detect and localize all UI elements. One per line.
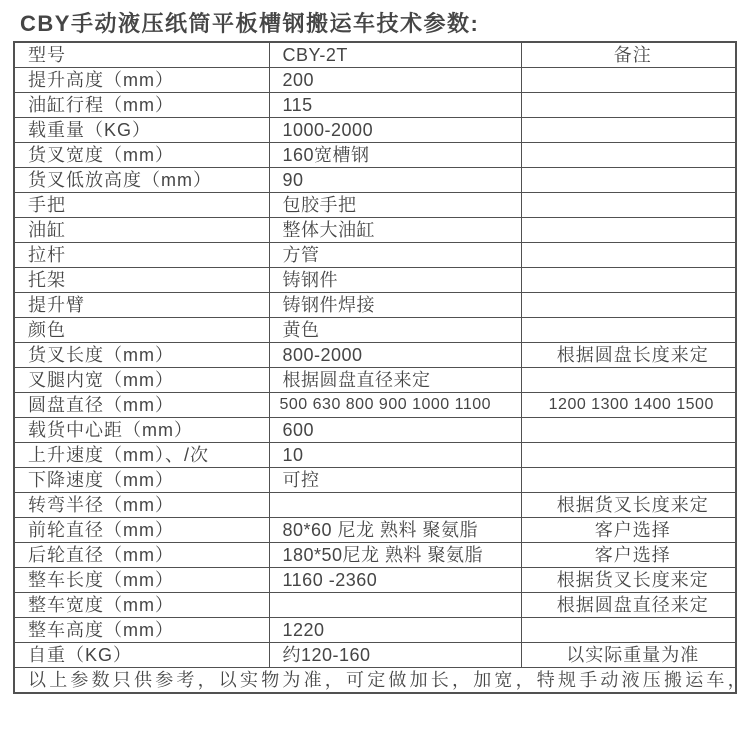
spec-table: 型号 CBY-2T 备注 提升高度（mm）200油缸行程（mm）115载重量（K… (13, 41, 737, 694)
cell-value: 整体大油缸 (269, 218, 521, 243)
cell-note (521, 368, 736, 393)
header-remark-label: 备注 (521, 42, 736, 68)
cell-value: 80*60 尼龙 熟料 聚氨脂 (269, 518, 521, 543)
table-row: 货叉低放高度（mm）90 (14, 168, 736, 193)
cell-label: 整车长度（mm） (14, 568, 269, 593)
table-row: 转弯半径（mm）根据货叉长度来定 (14, 493, 736, 518)
table-row: 拉杆方管 (14, 243, 736, 268)
cell-note: 根据货叉长度来定 (521, 493, 736, 518)
cell-note (521, 293, 736, 318)
header-row: 型号 CBY-2T 备注 (14, 42, 736, 68)
spec-table-body: 提升高度（mm）200油缸行程（mm）115载重量（KG）1000-2000货叉… (14, 68, 736, 668)
cell-value: 500 630 800 900 1000 1100 (269, 393, 521, 418)
cell-note: 1200 1300 1400 1500 (521, 393, 736, 418)
page: CBY手动液压纸筒平板槽钢搬运车技术参数: 型号 CBY-2T 备注 提升高度（… (0, 0, 750, 750)
table-row: 载重量（KG）1000-2000 (14, 118, 736, 143)
cell-value: 180*50尼龙 熟料 聚氨脂 (269, 543, 521, 568)
table-row: 颜色黄色 (14, 318, 736, 343)
header-model-label: 型号 (14, 42, 269, 68)
table-row: 自重（KG）约120-160以实际重量为准 (14, 643, 736, 668)
cell-label: 整车宽度（mm） (14, 593, 269, 618)
table-row: 后轮直径（mm）180*50尼龙 熟料 聚氨脂客户选择 (14, 543, 736, 568)
cell-note: 客户选择 (521, 543, 736, 568)
cell-note (521, 68, 736, 93)
cell-note (521, 243, 736, 268)
table-row: 叉腿内宽（mm）根据圆盘直径来定 (14, 368, 736, 393)
table-row: 货叉长度（mm）800-2000根据圆盘长度来定 (14, 343, 736, 368)
page-title: CBY手动液压纸筒平板槽钢搬运车技术参数: (20, 7, 750, 38)
cell-note (521, 418, 736, 443)
spec-table-header: 型号 CBY-2T 备注 (14, 42, 736, 68)
cell-note: 根据圆盘长度来定 (521, 343, 736, 368)
cell-value: 1000-2000 (269, 118, 521, 143)
cell-label: 货叉低放高度（mm） (14, 168, 269, 193)
cell-value: 800-2000 (269, 343, 521, 368)
cell-label: 提升高度（mm） (14, 68, 269, 93)
cell-note (521, 318, 736, 343)
cell-label: 自重（KG） (14, 643, 269, 668)
cell-value: 115 (269, 93, 521, 118)
cell-note (521, 93, 736, 118)
table-row: 整车宽度（mm）根据圆盘直径来定 (14, 593, 736, 618)
cell-label: 前轮直径（mm） (14, 518, 269, 543)
table-row: 提升臂铸钢件焊接 (14, 293, 736, 318)
cell-value: 200 (269, 68, 521, 93)
cell-note (521, 443, 736, 468)
table-row: 整车高度（mm）1220 (14, 618, 736, 643)
cell-label: 货叉宽度（mm） (14, 143, 269, 168)
cell-note (521, 168, 736, 193)
cell-value: 根据圆盘直径来定 (269, 368, 521, 393)
cell-value: 铸钢件焊接 (269, 293, 521, 318)
cell-value: 包胶手把 (269, 193, 521, 218)
cell-value: 方管 (269, 243, 521, 268)
cell-label: 提升臂 (14, 293, 269, 318)
cell-label: 叉腿内宽（mm） (14, 368, 269, 393)
cell-note (521, 468, 736, 493)
table-row: 提升高度（mm）200 (14, 68, 736, 93)
cell-label: 载重量（KG） (14, 118, 269, 143)
cell-value: 1220 (269, 618, 521, 643)
table-row: 上升速度（mm）、/次10 (14, 443, 736, 468)
cell-label: 托架 (14, 268, 269, 293)
cell-label: 下降速度（mm） (14, 468, 269, 493)
cell-label: 后轮直径（mm） (14, 543, 269, 568)
cell-value: 1160 -2360 (269, 568, 521, 593)
cell-value: 600 (269, 418, 521, 443)
cell-value: 黄色 (269, 318, 521, 343)
cell-label: 油缸 (14, 218, 269, 243)
cell-note (521, 268, 736, 293)
cell-value: 10 (269, 443, 521, 468)
cell-value: 铸钢件 (269, 268, 521, 293)
header-model-value: CBY-2T (269, 42, 521, 68)
cell-label: 载货中心距（mm） (14, 418, 269, 443)
cell-note: 以实际重量为准 (521, 643, 736, 668)
cell-label: 手把 (14, 193, 269, 218)
table-row: 整车长度（mm）1160 -2360根据货叉长度来定 (14, 568, 736, 593)
cell-label: 颜色 (14, 318, 269, 343)
cell-label: 整车高度（mm） (14, 618, 269, 643)
cell-value: 约120-160 (269, 643, 521, 668)
table-row: 圆盘直径（mm）500 630 800 900 1000 11001200 13… (14, 393, 736, 418)
cell-note: 根据圆盘直径来定 (521, 593, 736, 618)
cell-value: 90 (269, 168, 521, 193)
cell-note (521, 218, 736, 243)
footer-row: 以上参数只供参考，以实物为准，可定做加长，加宽，特规手动液压搬运车，定制产品根据… (14, 668, 736, 694)
cell-note (521, 143, 736, 168)
spec-table-footer: 以上参数只供参考，以实物为准，可定做加长，加宽，特规手动液压搬运车，定制产品根据… (14, 668, 736, 694)
cell-label: 油缸行程（mm） (14, 93, 269, 118)
table-row: 手把包胶手把 (14, 193, 736, 218)
cell-value: 可控 (269, 468, 521, 493)
table-row: 托架铸钢件 (14, 268, 736, 293)
footer-note: 以上参数只供参考，以实物为准，可定做加长，加宽，特规手动液压搬运车，定制产品根据… (14, 668, 736, 694)
table-row: 油缸行程（mm）115 (14, 93, 736, 118)
cell-note (521, 618, 736, 643)
cell-note: 根据货叉长度来定 (521, 568, 736, 593)
cell-note: 客户选择 (521, 518, 736, 543)
cell-label: 圆盘直径（mm） (14, 393, 269, 418)
cell-value (269, 493, 521, 518)
cell-note (521, 118, 736, 143)
table-row: 货叉宽度（mm）160宽槽钢 (14, 143, 736, 168)
cell-label: 货叉长度（mm） (14, 343, 269, 368)
cell-label: 转弯半径（mm） (14, 493, 269, 518)
cell-value: 160宽槽钢 (269, 143, 521, 168)
cell-label: 拉杆 (14, 243, 269, 268)
table-row: 油缸整体大油缸 (14, 218, 736, 243)
table-row: 下降速度（mm）可控 (14, 468, 736, 493)
table-row: 前轮直径（mm）80*60 尼龙 熟料 聚氨脂客户选择 (14, 518, 736, 543)
cell-note (521, 193, 736, 218)
table-row: 载货中心距（mm）600 (14, 418, 736, 443)
cell-label: 上升速度（mm）、/次 (14, 443, 269, 468)
cell-value (269, 593, 521, 618)
